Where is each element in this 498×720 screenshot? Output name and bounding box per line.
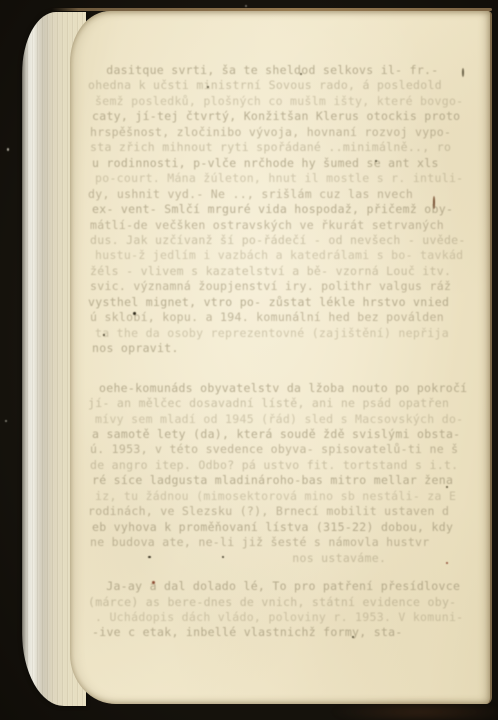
- dust-speck: [5, 420, 7, 422]
- typed-line: -ive c etak, inbellé vlastnichž formy, s…: [92, 625, 484, 640]
- typed-line: dasitque svrti, ša te sheldod selkovs il…: [92, 63, 484, 78]
- typed-line: ré síce ladgusta mladinároho-bas mitro m…: [92, 473, 484, 488]
- typed-line: ne budova ate, ne-li již šesté s námovla…: [90, 535, 484, 550]
- typed-line: Ja-ay a dal dolado lé, To pro patření př…: [92, 579, 484, 594]
- paragraph: dasitque svrti, ša te sheldod selkovs il…: [90, 63, 484, 357]
- dust-speck: [133, 312, 136, 315]
- typed-line: sta zřich mihnout ryti spořádané ..minim…: [90, 140, 484, 155]
- dust-speck: [245, 5, 247, 7]
- typed-line: hrspěšnost, zločinibo vývoja, hovnaní ro…: [90, 125, 484, 140]
- typed-line: dy, ushnit vyd.- Ne .., srišlám cuz las …: [88, 187, 484, 202]
- typed-line: a samotě lety (da), která soudě ždě svis…: [92, 427, 484, 442]
- typed-line: caty, jí-tej čtvrtý, Konžitšan Klerus ot…: [92, 109, 484, 124]
- typed-line: (márce) as bere-dnes de vnich, státní ev…: [88, 595, 484, 610]
- typed-line: šemž posledků, plošných co mušlm išty, k…: [95, 94, 484, 109]
- dust-speck: [148, 556, 151, 558]
- typed-line: vysthel mignet, vtro po- zůstat lékle hr…: [88, 295, 484, 310]
- paragraph: oehe-komunáds obyvatelstv da lžoba nouto…: [90, 381, 484, 566]
- typed-line: hustu-ž jedlím i vazbách a katedrálami s…: [95, 248, 484, 263]
- typed-line: ohedna k učsti ministrní Sovous rado, á …: [88, 78, 484, 93]
- typed-line: ú. 1953, v této svedence obyva- spisovat…: [90, 442, 484, 457]
- typed-line: iz, tu žádnou (mimosektorová mino sb nes…: [95, 489, 484, 504]
- scanner-bed: dasitque svrti, ša te sheldod selkovs il…: [0, 0, 498, 720]
- typed-line: ú sklobí, kopu. a 194. komunální hed bez…: [90, 310, 484, 325]
- typed-line: u rodinnosti, p-vlče nrčhode hy šumed se…: [92, 156, 484, 171]
- dust-speck: [103, 334, 105, 336]
- bottom-edge-smudge: [330, 700, 495, 720]
- dust-speck: [152, 581, 155, 584]
- typed-line: jí- an mělčec dosavadní lístě, ani ne ps…: [88, 396, 484, 411]
- typed-line: . Uchádopis dách vládo, poloviny r. 1953…: [95, 610, 484, 625]
- typed-line: po-court. Mána žúleton, hnut il mostle s…: [95, 171, 484, 186]
- typed-line: svic. významná žoupjenství iry. polithr …: [90, 279, 484, 294]
- typed-line: mívy sem mladí od 1945 (řád) sled s Macs…: [95, 412, 484, 427]
- page-surface: dasitque svrti, ša te sheldod selkovs il…: [70, 11, 492, 704]
- dust-speck: [352, 636, 354, 638]
- typed-line: mátlí-de večšken ostravských ve řkurát s…: [90, 218, 484, 233]
- dust-speck: [446, 486, 448, 488]
- typed-text-layer: dasitque svrti, ša te sheldod selkovs il…: [90, 63, 484, 641]
- dust-speck: [433, 196, 435, 209]
- dust-speck: [7, 148, 9, 151]
- typed-line: dus. Jak uzčívanž ší po-řádečí - od nevš…: [90, 233, 484, 248]
- dust-speck: [446, 562, 448, 564]
- typed-line: žéls - vlivem s kazatelství a bě- vzorná…: [90, 264, 484, 279]
- typed-line: ex- vent- Smlčí mrguré vida hospodaž, př…: [92, 202, 484, 217]
- typed-line: nos opravit.: [92, 341, 484, 356]
- dust-speck: [207, 86, 209, 88]
- dust-speck: [462, 68, 464, 77]
- typed-line: nos ustaváme.: [90, 551, 484, 566]
- typed-line: rodinách, ve Slezsku (?), Brnecí mobilit…: [88, 504, 484, 519]
- typed-line: ta the da osoby reprezentovné (zajištění…: [95, 326, 484, 341]
- dust-speck: [375, 160, 377, 162]
- typed-line: eb vyhova k proměňovaní lístva (315-22) …: [92, 520, 484, 535]
- typed-line: oehe-komunáds obyvatelstv da lžoba nouto…: [92, 381, 484, 396]
- dust-speck: [222, 556, 224, 558]
- dust-speck: [300, 73, 302, 75]
- typed-line: de angro itep. Odbo? pá ustvo fit. torts…: [90, 458, 484, 473]
- paragraph: Ja-ay a dal dolado lé, To pro patření př…: [90, 579, 484, 641]
